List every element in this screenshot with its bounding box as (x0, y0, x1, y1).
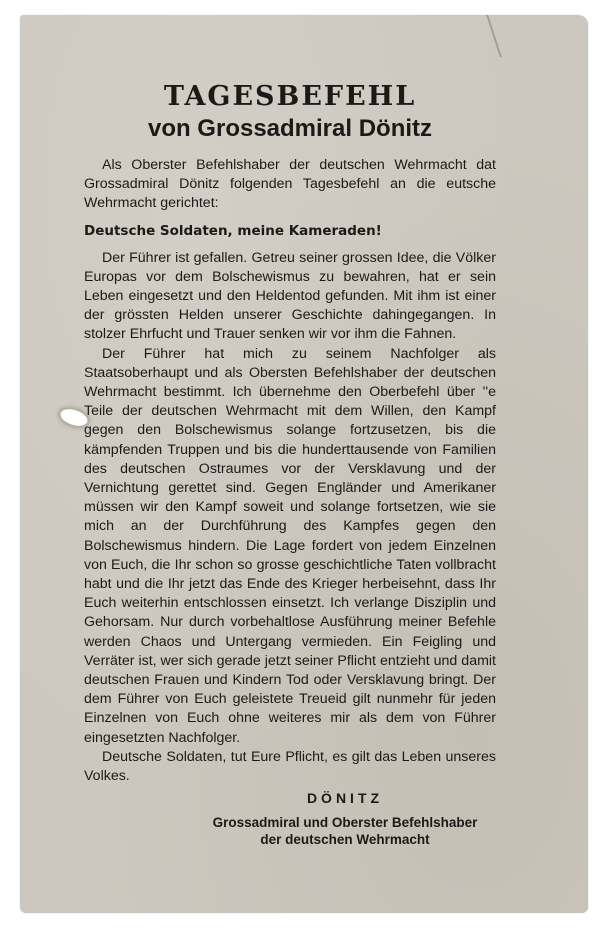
document-subtitle: von Grossadmiral Dönitz (84, 114, 496, 144)
document-body: TAGESBEFEHL von Grossadmiral Dönitz Als … (84, 80, 496, 848)
signature-title-line1: Grossadmiral und Oberster Befehlshaber (194, 814, 496, 831)
signature-title: Grossadmiral und Oberster Befehlshaber d… (194, 814, 496, 848)
salutation: Deutsche Soldaten, meine Kameraden! (84, 222, 496, 241)
signature-title-line2: der deutschen Wehrmacht (194, 831, 496, 848)
document-title: TAGESBEFEHL (84, 80, 496, 114)
paragraph-1: Der Führer ist gefallen. Getreu seiner g… (84, 249, 496, 345)
paragraph-3: Deutsche Soldaten, tut Eure Pflicht, es … (84, 748, 496, 786)
signature: DÖNITZ (194, 788, 496, 808)
intro-paragraph: Als Oberster Befehlshaber der deutschen … (84, 156, 496, 214)
paragraph-2: Der Führer hat mich zu seinem Nachfolger… (84, 345, 496, 748)
